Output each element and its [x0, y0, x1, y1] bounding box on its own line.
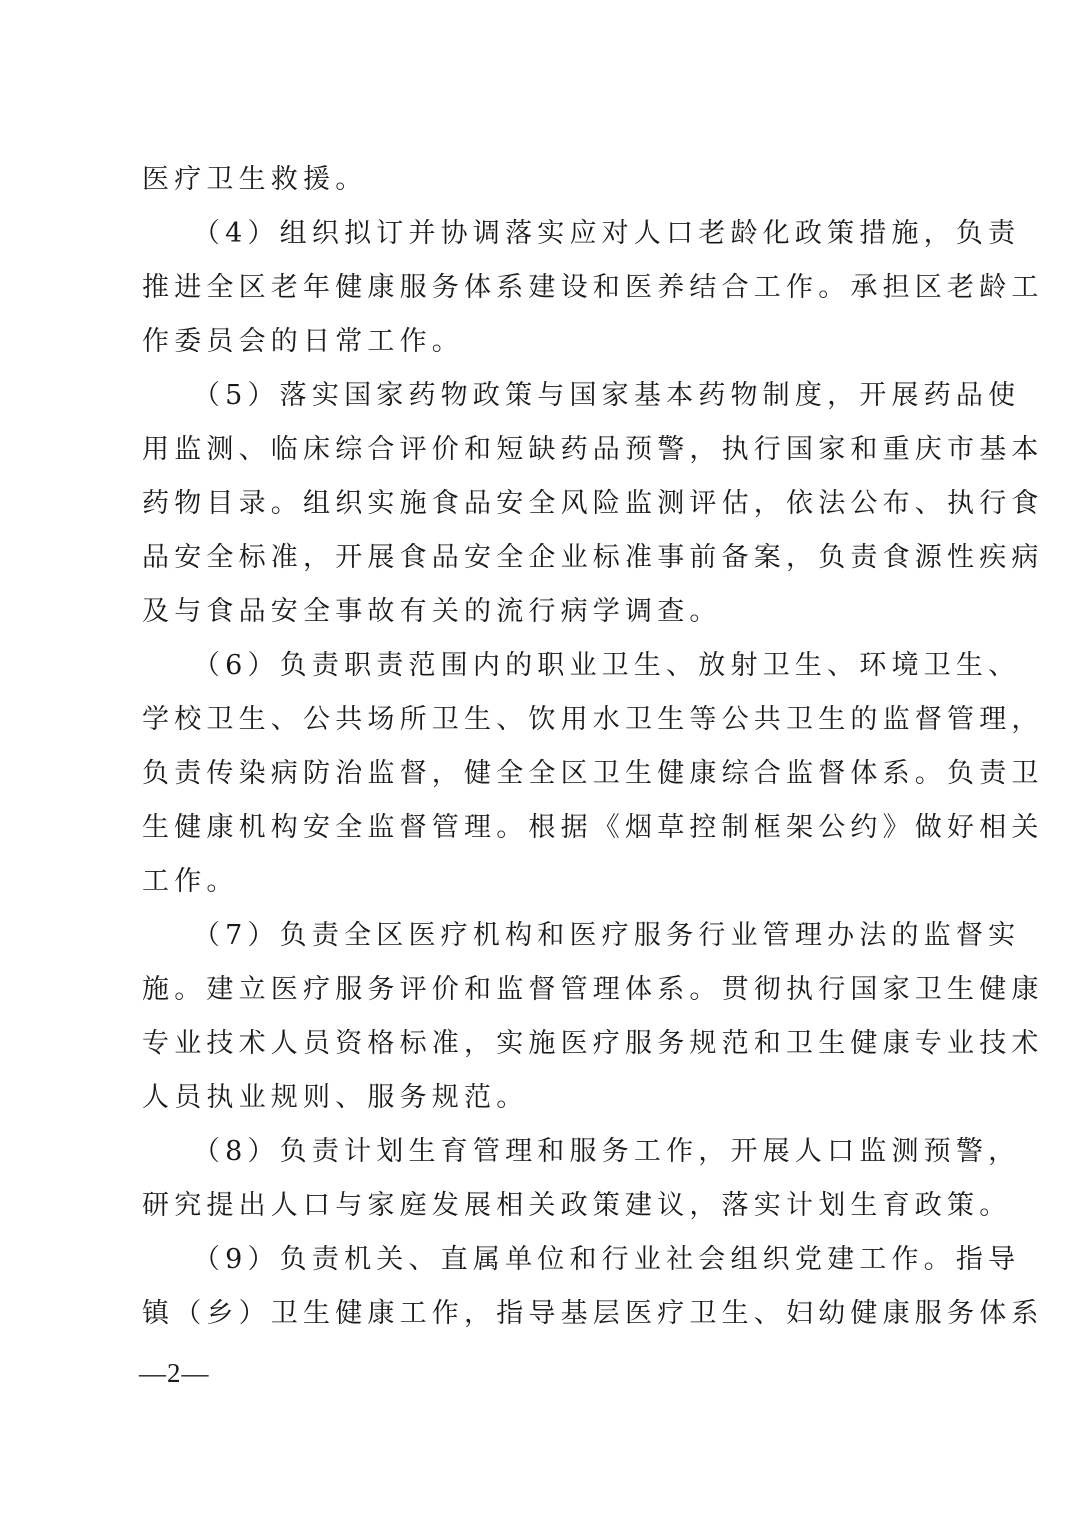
item-9-line-1: （9）负责机关、直属单位和行业社会组织党建工作。指导 [142, 1237, 936, 1291]
item-7-line-3: 专业技术人员资格标准，实施医疗服务规范和卫生健康专业技术 [142, 1021, 936, 1075]
item-6-line-1: （6）负责职责范围内的职业卫生、放射卫生、环境卫生、 [142, 643, 936, 697]
item-8-line-2: 研究提出人口与家庭发展相关政策建议，落实计划生育政策。 [142, 1183, 936, 1237]
item-7-line-2: 施。建立医疗服务评价和监督管理体系。贯彻执行国家卫生健康 [142, 967, 936, 1021]
item-4-line-2: 推进全区老年健康服务体系建设和医养结合工作。承担区老龄工 [142, 265, 936, 319]
item-5-line-4: 品安全标准，开展食品安全企业标准事前备案，负责食源性疾病 [142, 535, 936, 589]
item-6-line-4: 生健康机构安全监督管理。根据《烟草控制框架公约》做好相关 [142, 805, 936, 859]
item-9-line-2: 镇（乡）卫生健康工作，指导基层医疗卫生、妇幼健康服务体系 [142, 1291, 936, 1345]
item-5-line-1: （5）落实国家药物政策与国家基本药物制度，开展药品使 [142, 373, 936, 427]
item-6-line-5: 工作。 [142, 859, 936, 913]
page-number: —2— [139, 1358, 210, 1389]
item-7-line-1: （7）负责全区医疗机构和医疗服务行业管理办法的监督实 [142, 913, 936, 967]
text-line-continuation: 医疗卫生救援。 [142, 157, 936, 211]
item-5-line-3: 药物目录。组织实施食品安全风险监测评估，依法公布、执行食 [142, 481, 936, 535]
item-4-line-3: 作委员会的日常工作。 [142, 319, 936, 373]
item-6-line-3: 负责传染病防治监督，健全全区卫生健康综合监督体系。负责卫 [142, 751, 936, 805]
item-6-line-2: 学校卫生、公共场所卫生、饮用水卫生等公共卫生的监督管理， [142, 697, 936, 751]
item-5-line-2: 用监测、临床综合评价和短缺药品预警，执行国家和重庆市基本 [142, 427, 936, 481]
item-5-line-5: 及与食品安全事故有关的流行病学调查。 [142, 589, 936, 643]
item-8-line-1: （8）负责计划生育管理和服务工作，开展人口监测预警， [142, 1129, 936, 1183]
item-7-line-4: 人员执业规则、服务规范。 [142, 1075, 936, 1129]
item-4-line-1: （4）组织拟订并协调落实应对人口老龄化政策措施，负责 [142, 211, 936, 265]
document-body: 医疗卫生救援。 （4）组织拟订并协调落实应对人口老龄化政策措施，负责 推进全区老… [142, 157, 936, 1345]
